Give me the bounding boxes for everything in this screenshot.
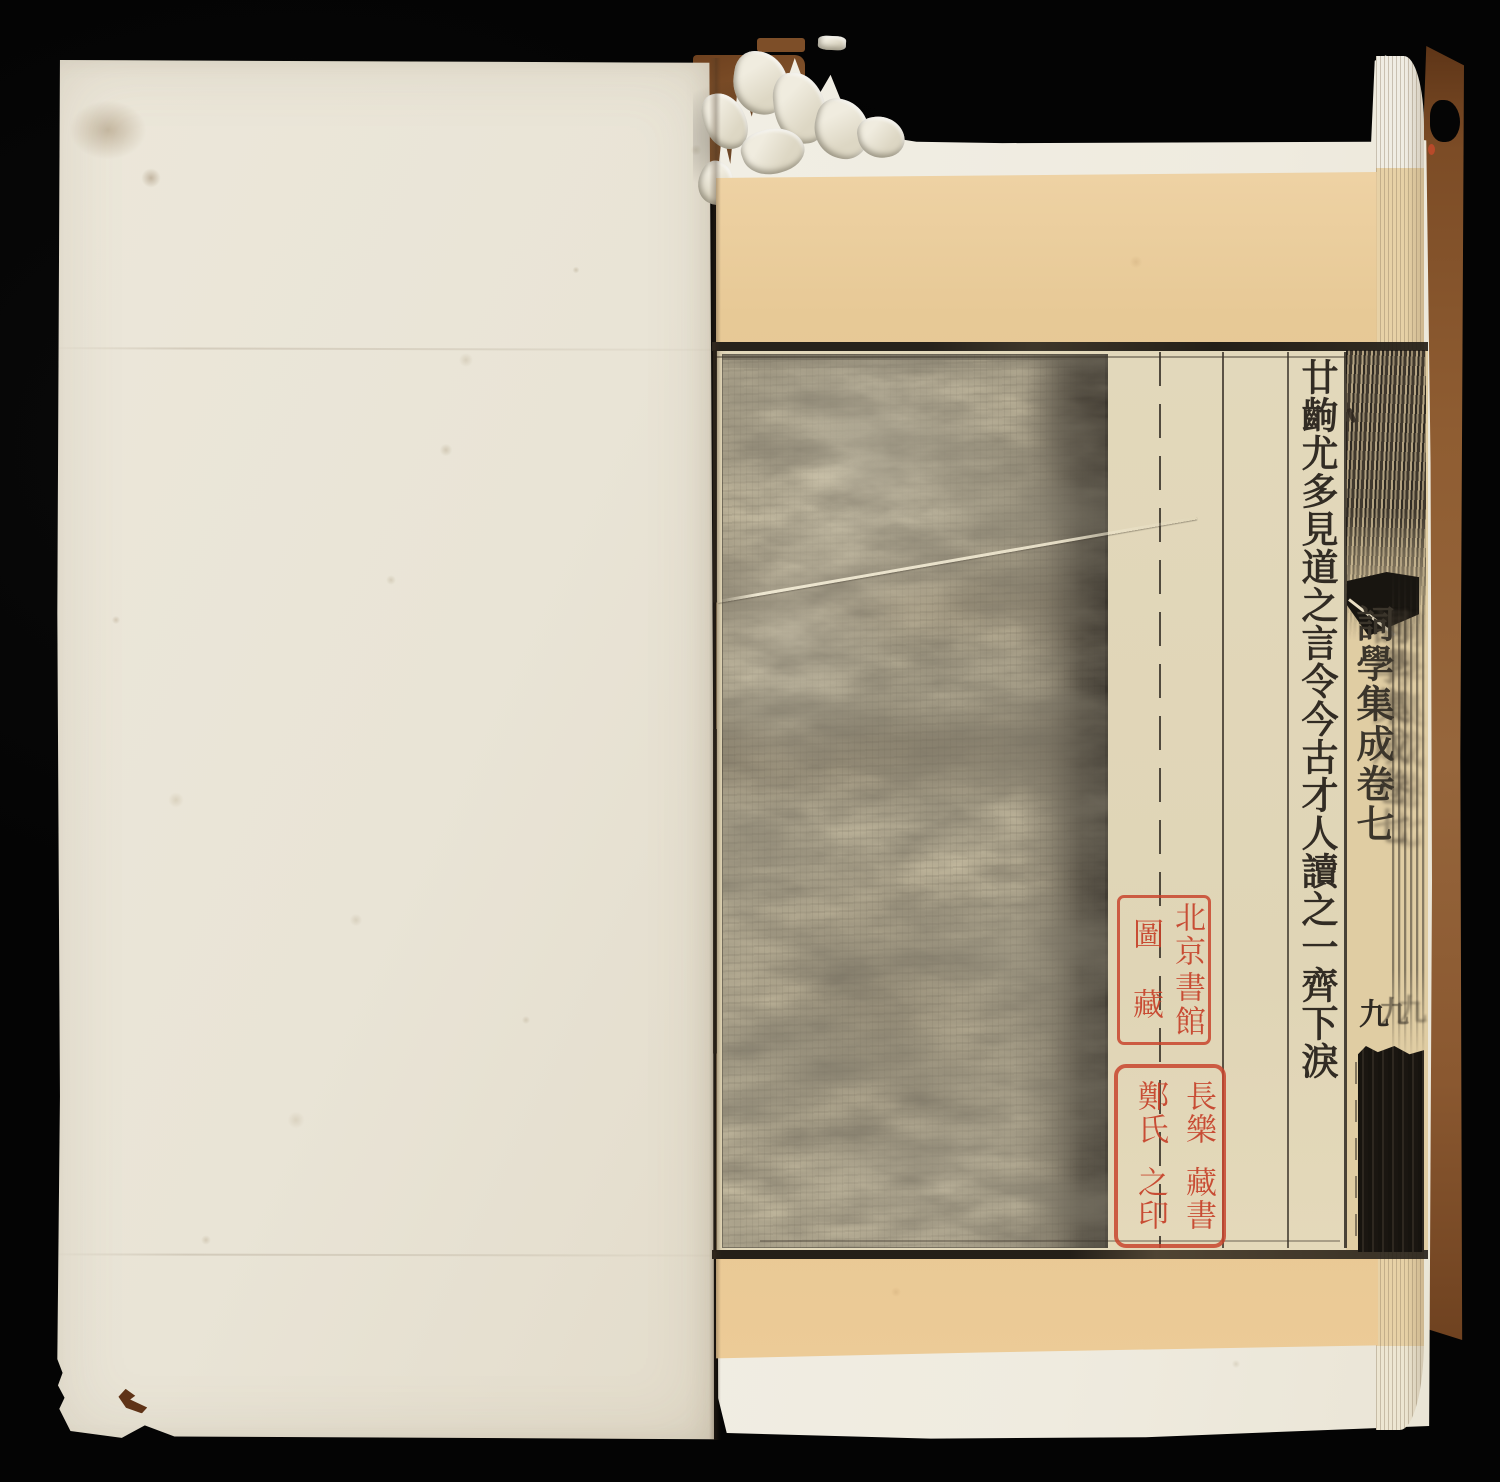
ink-smudge-block [722, 354, 1108, 1248]
fold-rule-dashed [1355, 1062, 1357, 1242]
cover-chip [757, 38, 805, 52]
crease-line [56, 347, 714, 351]
library-collection-seal: 北京圖 書館藏 [1117, 895, 1211, 1045]
fold-ghost-print [1392, 560, 1426, 1060]
seal-column: 藏書之印 [1118, 1156, 1222, 1242]
seal-column: 北京圖 [1120, 900, 1208, 970]
cover-tear-notch [1430, 100, 1460, 142]
book-scan-stage: 廿齣尤多見道之言令今古才人讀之一齊下淚 詞學集成卷七 九 北京圖 書館藏 長樂鄭… [0, 0, 1500, 1482]
crease-line [56, 1253, 714, 1256]
paper-stain-speck [117, 1388, 150, 1414]
banxin-black-tab [1358, 1046, 1424, 1252]
red-ink-speck [1428, 144, 1435, 155]
frame-top-border [712, 342, 1428, 351]
seal-column: 書館藏 [1120, 970, 1208, 1040]
comment-text-column: 廿齣尤多見道之言令今古才人讀之一齊下淚 [1288, 358, 1346, 1098]
paper-tear-fragment [818, 35, 847, 50]
ink-grain-texture [722, 354, 1108, 1248]
frame-inner-bottom-line [760, 1240, 1340, 1242]
folio-number: 九 [1350, 998, 1390, 1058]
frame-inner-top-line [716, 356, 1346, 358]
collector-seal: 長樂鄭氏 藏書之印 [1114, 1064, 1226, 1248]
left-page-blank [56, 60, 714, 1442]
gutter-shadow [709, 58, 721, 1440]
seal-column: 長樂鄭氏 [1118, 1070, 1222, 1156]
frame-bottom-border [712, 1250, 1428, 1259]
banxin-title: 詞學集成卷七 [1347, 604, 1397, 874]
